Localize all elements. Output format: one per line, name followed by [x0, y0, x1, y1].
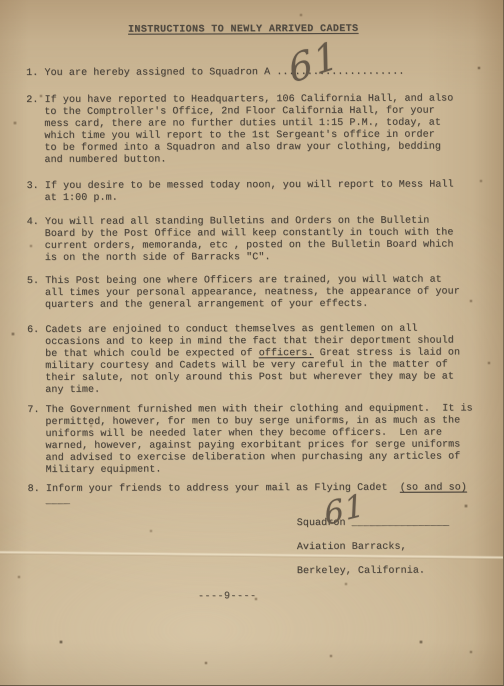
paper-speckles [0, 0, 2, 2]
signature-block: Squadron ________________ Aviation Barra… [297, 517, 488, 578]
signature-address-line: Aviation Barracks, [297, 541, 488, 554]
signature-squadron-line: Squadron ________________ [297, 517, 488, 530]
signature-squadron-blank: ________________ [352, 518, 450, 529]
item-text: 2. If you have reported to Headquarters,… [26, 94, 453, 166]
underlined-text: officers. [259, 348, 314, 359]
underlined-text: (so and so) [400, 482, 467, 493]
instruction-item: 5. This Post being one where Officers ar… [27, 274, 487, 312]
instruction-item: 6. Cadets are enjoined to conduct themse… [27, 323, 487, 397]
scanned-document-page: INSTRUCTIONS TO NEWLY ARRIVED CADETS 1. … [0, 0, 504, 686]
item-text: 3. If you desire to be messed today noon… [27, 180, 454, 204]
instruction-item: 3. If you desire to be messed today noon… [27, 179, 487, 205]
instruction-item: 1. You are hereby assigned to Squadron A… [26, 66, 486, 80]
document-content: INSTRUCTIONS TO NEWLY ARRIVED CADETS 1. … [26, 22, 488, 604]
instruction-item: 2. If you have reported to Headquarters,… [26, 93, 486, 167]
item-text [467, 482, 479, 493]
item-text: 7. The Government furnished men with the… [27, 403, 472, 475]
item-text: ____ [46, 496, 70, 507]
item-text: 5. This Post being one where Officers ar… [27, 275, 460, 311]
item-text: 1. You are hereby assigned to Squadron A… [26, 67, 404, 79]
instruction-item: 7. The Government furnished men with the… [27, 403, 487, 477]
signature-city-line: Berkeley, California. [297, 565, 488, 578]
item-text: 4. You will read all standing Bulletins … [27, 216, 454, 264]
page-end-mark: ----9---- [198, 590, 488, 603]
signature-squadron-label: Squadron [297, 518, 352, 529]
document-title: INSTRUCTIONS TO NEWLY ARRIVED CADETS [128, 22, 486, 36]
instruction-item: 8. Inform your friends to address your m… [28, 482, 488, 508]
instruction-list: 1. You are hereby assigned to Squadron A… [26, 66, 488, 508]
item-text: 8. Inform your friends to address your m… [28, 483, 400, 495]
instruction-item: 4. You will read all standing Bulletins … [27, 215, 487, 265]
